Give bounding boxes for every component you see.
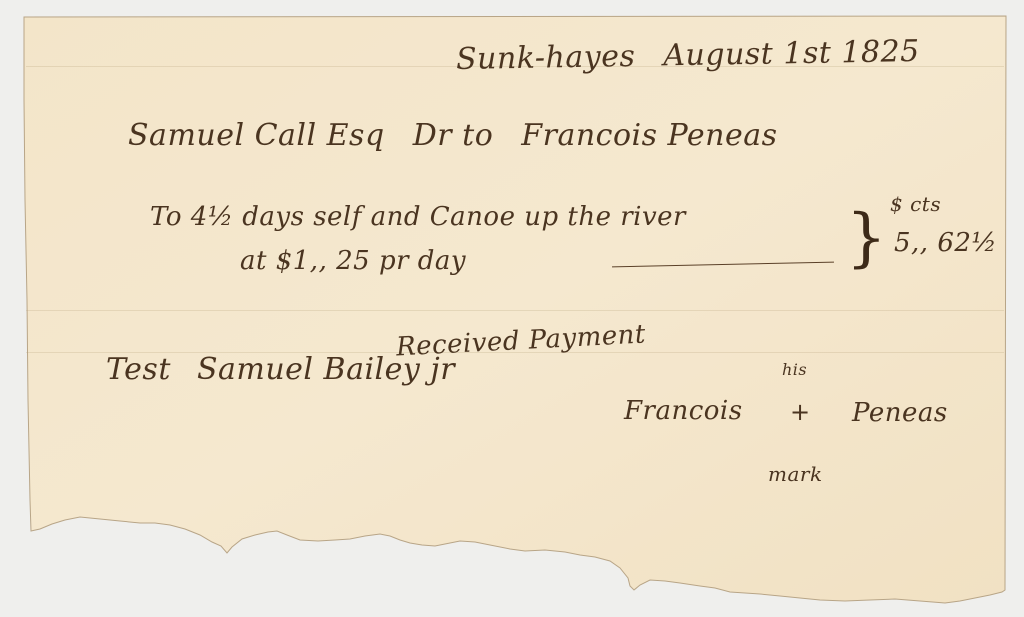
paper-sheet [0,0,1024,617]
debtor-abbrev: Dr to [413,118,494,153]
entry-line-1: To 4½ days self and Canoe up the river [150,202,686,232]
witness-label: Test [106,352,171,387]
date: August 1st 1825 [663,34,920,73]
witness-name: Samuel Bailey jr [197,352,455,387]
document-scan: Sunk-hayes August 1st 1825 Samuel Call E… [0,0,1024,617]
heading-line: Samuel Call Esq Dr to Francois Peneas [128,118,778,153]
his-label: his [782,360,807,379]
signer-first-name: Francois [624,396,743,426]
signer-last-name: Peneas [852,398,948,428]
signature-mark-icon: + [790,398,810,426]
currency-header: $ cts [890,192,941,216]
entry-line-2: at $1,, 25 pr day [240,246,466,276]
mark-label: mark [768,462,823,486]
witness-line: Test Samuel Bailey jr [106,352,455,387]
place: Sunk-hayes [456,39,636,77]
fold-line [26,310,1004,311]
brace: } [846,206,887,270]
debtor-name: Samuel Call Esq [128,118,385,153]
amount: 5,, 62½ [894,228,997,258]
creditor-name: Francois Peneas [521,118,777,153]
